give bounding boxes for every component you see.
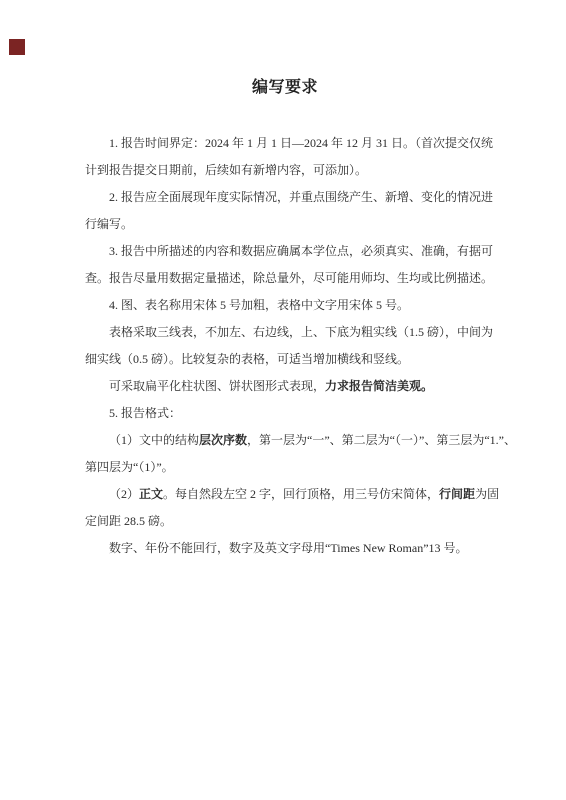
text-segment: 可采取扁平化柱状图、饼状图形式表现， — [109, 379, 325, 393]
text-line-8: 表格采取三线表，不加左、右边线，上、下底为粗实线（1.5 磅），中间为 — [85, 319, 497, 346]
text-segment: ，第一层为“一”、第二层为“（一）”、第三层为“1.”、 — [247, 433, 516, 447]
bold-text-segment: 层次序数 — [199, 433, 247, 447]
text-line-14: （2）正文。每自然段左空 2 字，回行顶格，用三号仿宋简体，行间距为固 — [85, 481, 497, 508]
text-segment: 。每自然段左空 2 字，回行顶格，用三号仿宋简体， — [163, 487, 439, 501]
text-segment: 数字、年份不能回行，数字及英文字母用“Times New Roman”13 号。 — [109, 541, 468, 555]
text-segment: 表格采取三线表，不加左、右边线，上、下底为粗实线（1.5 磅），中间为 — [109, 325, 493, 339]
text-segment: 定间距 28.5 磅。 — [85, 514, 172, 528]
document-lines: 1. 报告时间界定：2024 年 1 月 1 日—2024 年 12 月 31 … — [85, 130, 497, 562]
text-line-12: （1）文中的结构层次序数，第一层为“一”、第二层为“（一）”、第三层为“1.”、 — [85, 427, 497, 454]
text-segment: 为固 — [475, 487, 499, 501]
text-line-15: 定间距 28.5 磅。 — [85, 508, 497, 535]
document-body: 1. 报告时间界定：2024 年 1 月 1 日—2024 年 12 月 31 … — [85, 130, 497, 562]
text-segment: 计到报告提交日期前，后续如有新增内容，可添加）。 — [85, 163, 367, 177]
text-segment: 查。报告尽量用数据定量描述，除总量外，尽可能用师均、生均或比例描述。 — [85, 271, 493, 285]
text-segment: （1）文中的结构 — [109, 433, 199, 447]
text-line-1: 1. 报告时间界定：2024 年 1 月 1 日—2024 年 12 月 31 … — [85, 130, 497, 157]
red-click-marker — [9, 39, 25, 55]
bold-text-segment: 正文 — [139, 487, 163, 501]
text-line-3: 2. 报告应全面展现年度实际情况，并重点围绕产生、新增、变化的情况进 — [85, 184, 497, 211]
text-line-2: 计到报告提交日期前，后续如有新增内容，可添加）。 — [85, 157, 497, 184]
text-line-4: 行编写。 — [85, 211, 497, 238]
text-segment: 第四层为“（1）”。 — [85, 460, 174, 474]
bold-text-segment: 力求报告简洁美观。 — [325, 379, 433, 393]
text-line-16: 数字、年份不能回行，数字及英文字母用“Times New Roman”13 号。 — [85, 535, 497, 562]
text-segment: 行编写。 — [85, 217, 133, 231]
text-line-9: 细实线（0.5 磅）。比较复杂的表格，可适当增加横线和竖线。 — [85, 346, 497, 373]
text-segment: 细实线（0.5 磅）。比较复杂的表格，可适当增加横线和竖线。 — [85, 352, 409, 366]
document-page: 编写要求 1. 报告时间界定：2024 年 1 月 1 日—2024 年 12 … — [0, 0, 566, 800]
text-line-10: 可采取扁平化柱状图、饼状图形式表现，力求报告简洁美观。 — [85, 373, 497, 400]
page-title: 编写要求 — [85, 74, 485, 97]
text-line-11: 5. 报告格式： — [85, 400, 497, 427]
text-line-5: 3. 报告中所描述的内容和数据应确属本学位点，必须真实、准确，有据可 — [85, 238, 497, 265]
text-segment: 1. 报告时间界定：2024 年 1 月 1 日—2024 年 12 月 31 … — [109, 136, 493, 150]
text-line-7: 4. 图、表名称用宋体 5 号加粗，表格中文字用宋体 5 号。 — [85, 292, 497, 319]
text-segment: 4. 图、表名称用宋体 5 号加粗，表格中文字用宋体 5 号。 — [109, 298, 409, 312]
text-segment: 5. 报告格式： — [109, 406, 181, 420]
text-line-6: 查。报告尽量用数据定量描述，除总量外，尽可能用师均、生均或比例描述。 — [85, 265, 497, 292]
text-segment: 3. 报告中所描述的内容和数据应确属本学位点，必须真实、准确，有据可 — [109, 244, 493, 258]
text-segment: 2. 报告应全面展现年度实际情况，并重点围绕产生、新增、变化的情况进 — [109, 190, 493, 204]
bold-text-segment: 行间距 — [439, 487, 475, 501]
text-segment: （2） — [109, 487, 139, 501]
text-line-13: 第四层为“（1）”。 — [85, 454, 497, 481]
